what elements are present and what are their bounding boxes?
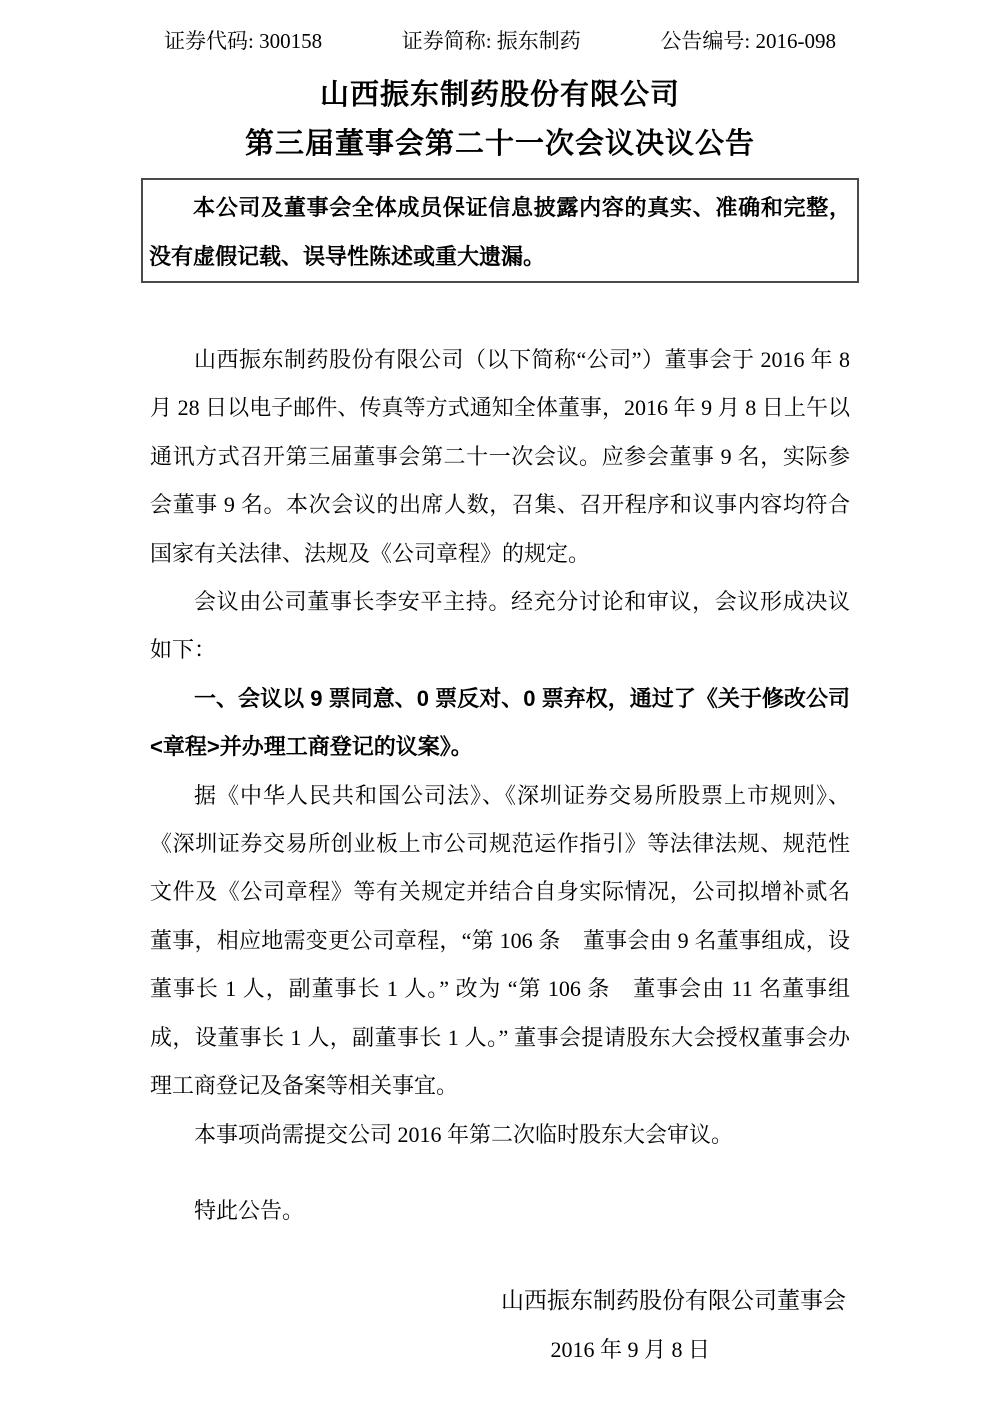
stock-abbr: 证券简称: 振东制药	[402, 27, 581, 55]
announcement-document: 证券代码: 300158 证券简称: 振东制药 公告编号: 2016-098 山…	[0, 0, 1000, 1401]
body-paragraph-3-resolution: 一、会议以 9 票同意、0 票反对、0 票弃权，通过了《关于修改公司<章程>并办…	[150, 675, 850, 772]
body-paragraph-5: 本事项尚需提交公司 2016 年第二次临时股东大会审议。	[150, 1111, 850, 1159]
stock-code: 证券代码: 300158	[164, 27, 322, 55]
doc-footer: 山西振东制药股份有限公司董事会 2016 年 9 月 8 日	[150, 1277, 850, 1374]
disclaimer-text: 本公司及董事会全体成员保证信息披露内容的真实、准确和完整，没有虚假记载、误导性陈…	[149, 195, 851, 269]
company-title: 山西振东制药股份有限公司	[150, 77, 850, 113]
announcement-title: 第三届董事会第二十一次会议决议公告	[150, 126, 850, 162]
body-paragraph-6-closing: 特此公告。	[150, 1187, 850, 1235]
body-paragraph-2: 会议由公司董事长李安平主持。经充分讨论和审议，会议形成决议如下：	[150, 578, 850, 675]
body-paragraph-1: 山西振东制药股份有限公司（以下简称“公司”）董事会于 2016 年 8 月 28…	[150, 336, 850, 578]
disclaimer-box: 本公司及董事会全体成员保证信息披露内容的真实、准确和完整，没有虚假记载、误导性陈…	[141, 178, 859, 283]
doc-header: 证券代码: 300158 证券简称: 振东制药 公告编号: 2016-098	[150, 27, 850, 55]
signature-date: 2016 年 9 月 8 日	[150, 1326, 850, 1374]
signature: 山西振东制药股份有限公司董事会	[150, 1277, 850, 1325]
announcement-number: 公告编号: 2016-098	[660, 27, 836, 55]
doc-body: 山西振东制药股份有限公司（以下简称“公司”）董事会于 2016 年 8 月 28…	[150, 336, 850, 1235]
body-paragraph-4: 据《中华人民共和国公司法》、《深圳证券交易所股票上市规则》、《深圳证券交易所创业…	[150, 772, 850, 1111]
